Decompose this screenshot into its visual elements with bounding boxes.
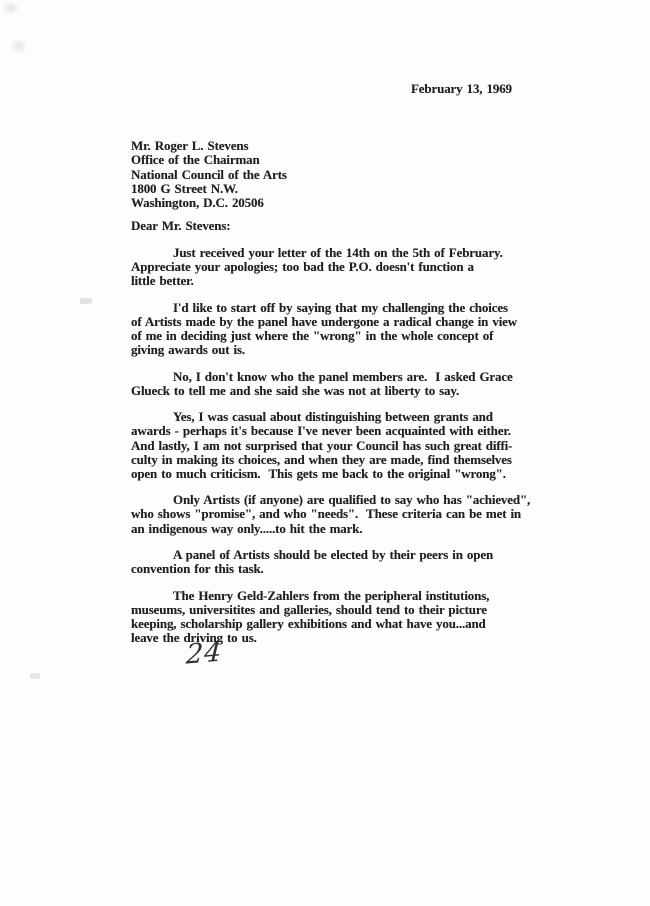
paragraph-line: Glueck to tell me and she said she was n… [131,384,601,398]
letter-page: February 13, 1969 Mr. Roger L. StevensOf… [0,0,650,906]
paragraph: Just received your letter of the 14th on… [131,246,601,288]
paragraph-line: culty in making its choices, and when th… [131,453,601,467]
paragraph: The Henry Geld-Zahlers from the peripher… [131,589,601,645]
paragraph: Yes, I was casual about distinguishing b… [131,410,601,480]
paragraph-line: an indigenous way only.....to hit the ma… [131,522,601,536]
salutation: Dear Mr. Stevens: [131,219,230,233]
paragraph-line: of Artists made by the panel have underg… [131,315,601,329]
paragraph: I'd like to start off by saying that my … [131,301,601,357]
paragraph-line: keeping, scholarship gallery exhibitions… [131,617,601,631]
paragraph-line: Only Artists (if anyone) are qualified t… [131,493,601,507]
paragraph-line: A panel of Artists should be elected by … [131,548,601,562]
paragraph-line: No, I don't know who the panel members a… [131,370,601,384]
paragraph-line: awards - perhaps it's because I've never… [131,424,601,438]
paragraph-line: The Henry Geld-Zahlers from the peripher… [131,589,601,603]
paragraph-line: Just received your letter of the 14th on… [131,246,601,260]
scan-smudge [2,1,20,15]
paragraph-line: I'd like to start off by saying that my … [131,301,601,315]
paragraph-line: And lastly, I am not surprised that your… [131,439,601,453]
paragraph-line: of me in deciding just where the "wrong"… [131,329,601,343]
paragraph-line: convention for this task. [131,562,601,576]
paragraph-line: open to much criticism. This gets me bac… [131,467,601,481]
letter-body: Just received your letter of the 14th on… [131,246,601,658]
recipient-address-line: Mr. Roger L. Stevens [131,139,287,153]
recipient-address-line: Washington, D.C. 20506 [131,196,287,210]
paragraph: Only Artists (if anyone) are qualified t… [131,493,601,535]
recipient-address-line: Office of the Chairman [131,153,287,167]
paragraph-line: Yes, I was casual about distinguishing b… [131,410,601,424]
scan-smudge [80,298,92,304]
paragraph-line: who shows "promise", and who "needs". Th… [131,507,601,521]
paragraph: A panel of Artists should be elected by … [131,548,601,576]
paragraph-line: Appreciate your apologies; too bad the P… [131,260,601,274]
paragraph-line: giving awards out is. [131,343,601,357]
handwritten-page-number: 24 [185,636,223,670]
paragraph-line: museums, universitites and galleries, sh… [131,603,601,617]
letter-date: February 13, 1969 [411,82,512,96]
scan-smudge [10,38,28,54]
scan-smudge [30,673,40,679]
paragraph: No, I don't know who the panel members a… [131,370,601,398]
recipient-address-line: National Council of the Arts [131,168,287,182]
paragraph-line: little better. [131,274,601,288]
recipient-address-line: 1800 G Street N.W. [131,182,287,196]
recipient-address-block: Mr. Roger L. StevensOffice of the Chairm… [131,139,287,210]
